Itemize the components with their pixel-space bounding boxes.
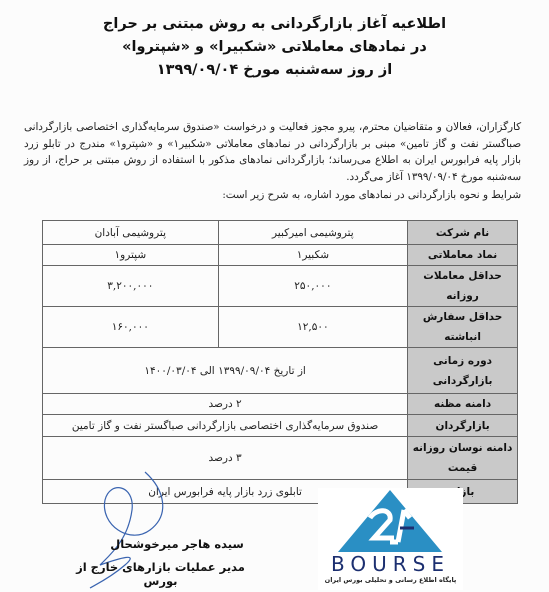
announcement-page: اطلاعیه آغاز بازارگردانی به روش مبتنی بر… [0, 0, 549, 592]
table-row-period: دوره زمانی بازارگردانی از تاریخ ۱۳۹۹/۰۹/… [43, 348, 518, 394]
cell-amirkabir: پتروشیمی امیرکبیر [218, 221, 408, 245]
logo-wordmark: BOURSE [318, 552, 463, 576]
table-row-min-daily-trades: حداقل معاملات روزانه ۲۵۰,۰۰۰ ۳,۲۰۰,۰۰۰ [43, 266, 518, 307]
cell-market-maker: صندوق سرمایه‌گذاری اختصاصی بازارگردانی ص… [43, 415, 408, 437]
table-row-quote-spread: دامنه مظنه ۲ درصد [43, 394, 518, 415]
row-label: دامنه مظنه [408, 394, 518, 415]
row-label: نماد معاملاتی [408, 245, 518, 266]
cell-abadan: ۱۶۰,۰۰۰ [43, 307, 219, 348]
signatory-title: مدیر عملیات بازارهای خارج از بورس [58, 560, 263, 588]
cell-amirkabir: شکبیر۱ [218, 245, 408, 266]
signatory-name: سیده هاجر میرخوشحال [92, 537, 262, 551]
row-label: دوره زمانی بازارگردانی [408, 348, 518, 394]
row-label: بازارگردان [408, 415, 518, 437]
title-line-2: در نمادهای معاملاتی «شکبیرا» و «شپتروا» [0, 39, 549, 55]
cell-abadan: پتروشیمی آبادان [43, 221, 219, 245]
title-line-3: از روز سه‌شنبه مورخ ۱۳۹۹/۰۹/۰۴ [0, 62, 549, 78]
row-label: حداقل معاملات روزانه [408, 266, 518, 307]
bourse24-logo: BOURSE پایگاه اطلاع رسانی و تحلیلی بورس … [318, 488, 463, 590]
row-label: حداقل سفارش انباشته [408, 307, 518, 348]
cell-amirkabir: ۲۵۰,۰۰۰ [218, 266, 408, 307]
cell-period: از تاریخ ۱۳۹۹/۰۹/۰۴ الی ۱۴۰۰/۰۳/۰۴ [43, 348, 408, 394]
cell-amirkabir: ۱۲,۵۰۰ [218, 307, 408, 348]
logo-subtitle: پایگاه اطلاع رسانی و تحلیلی بورس ایران [318, 576, 463, 584]
cell-quote-spread: ۲ درصد [43, 394, 408, 415]
row-label: نام شرکت [408, 221, 518, 245]
triangle-24-logo-icon [338, 488, 443, 554]
cell-abadan: ۳,۲۰۰,۰۰۰ [43, 266, 219, 307]
table-row-symbol: نماد معاملاتی شکبیر۱ شپترو۱ [43, 245, 518, 266]
table-row-company: نام شرکت پتروشیمی امیرکبیر پتروشیمی آباد… [43, 221, 518, 245]
intro-paragraph: کارگزاران، فعالان و متقاضیان محترم، پیرو… [24, 119, 521, 185]
row-label: دامنه نوسان روزانه قیمت [408, 437, 518, 480]
table-row-market-maker: بازارگردان صندوق سرمایه‌گذاری اختصاصی با… [43, 415, 518, 437]
cell-abadan: شپترو۱ [43, 245, 219, 266]
title-line-1: اطلاعیه آغاز بازارگردانی به روش مبتنی بر… [0, 16, 549, 32]
conditions-intro: شرایط و نحوه بازارگردانی در نمادهای مورد… [24, 187, 521, 204]
table-row-min-accumulated-order: حداقل سفارش انباشته ۱۲,۵۰۰ ۱۶۰,۰۰۰ [43, 307, 518, 348]
market-making-table: نام شرکت پتروشیمی امیرکبیر پتروشیمی آباد… [42, 220, 518, 504]
